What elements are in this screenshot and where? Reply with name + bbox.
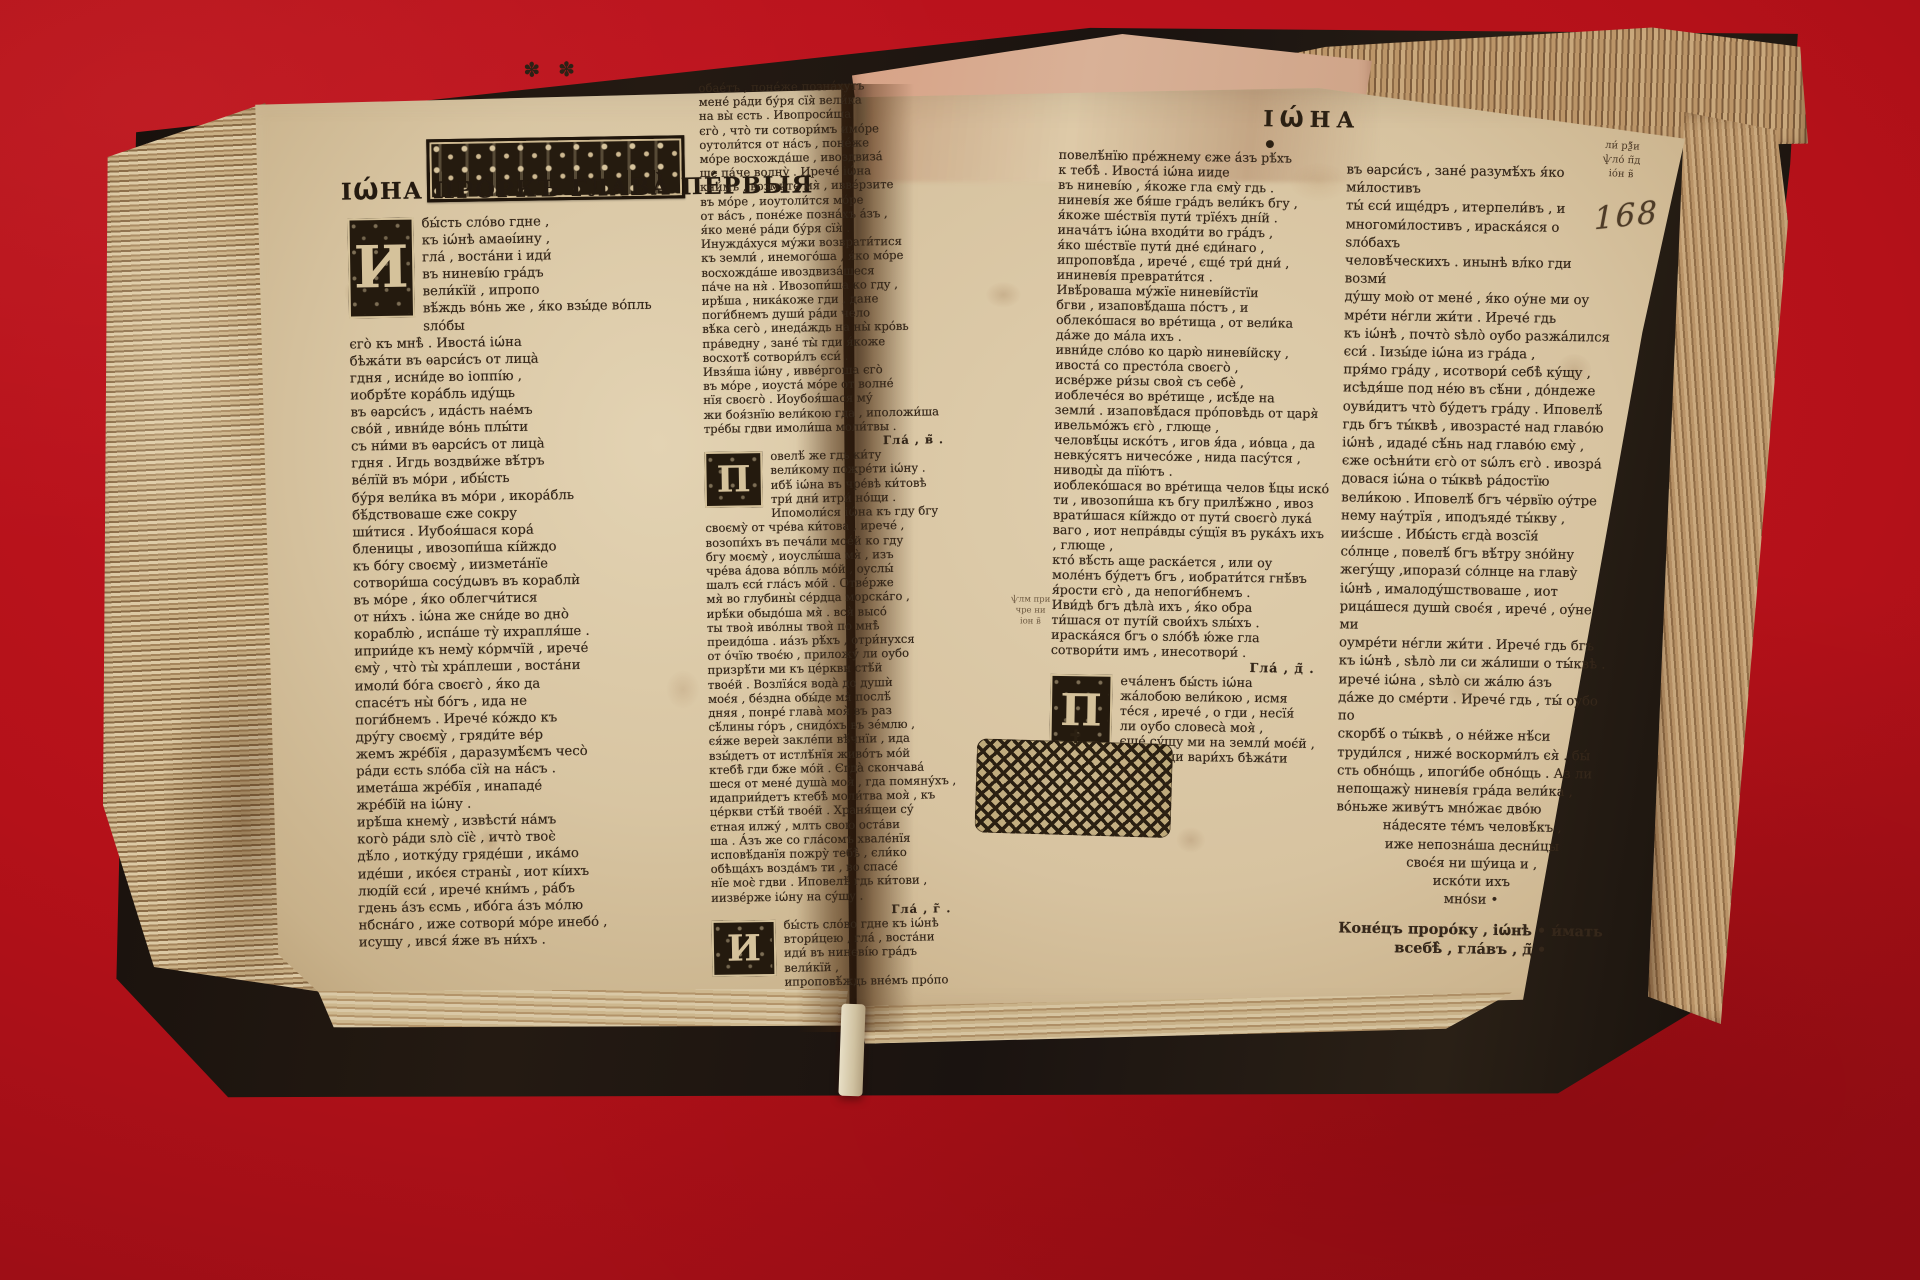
photo-open-antique-book: ✽✽ ІѠ́НА ПРО́РКЪ ГЛАВА̀ ПЕ́РВЫЯ Ибы́сть …	[0, 0, 1920, 1280]
bookmark-ribbon	[838, 1004, 865, 1097]
drop-cap-chapter4: П	[1049, 674, 1112, 748]
book-colophon: Коне́цъ проро́ку , іѡ́нѣ • и́мать всебѣ̀…	[1334, 920, 1607, 961]
printed-margin-notes: ли́ рѯ̃и ѱло́ п̃д іо́н в̃	[1586, 138, 1658, 183]
chapter2-block: Повелѣ́ же гдь ки́ту вели́кому пожре́ти …	[704, 446, 965, 904]
chapter1-text-continued: обае́тъ , поне́же позна́хутъ мене́ ра́ди…	[698, 78, 939, 435]
left-column-2: обае́тъ , поне́же позна́хутъ мене́ ра́ди…	[698, 77, 966, 990]
drop-cap-chapter3: И	[712, 920, 777, 977]
fleuron-ornament-icon: ✽✽	[493, 56, 623, 82]
cross-finial-icon	[1070, 729, 1080, 743]
right-column-1: повелѣ́нїю пре́жнему єже а́зъ рѣ́хъ к те…	[1049, 147, 1337, 766]
tapered-ending: на́десяте те́мъ человѣ́къ , иже непозна́…	[1335, 817, 1608, 912]
left-column-1: Ибы́сть сло́во гдне , къ іѡ́нѣ амаѳі́ину…	[347, 211, 695, 951]
drop-cap-chapter1: И	[347, 218, 415, 319]
tailpiece-knotwork-ornament	[974, 738, 1173, 838]
right-column-2: въ ѳарси́съ , зане́ разумѣ́хъ я́ко ми́ло…	[1334, 161, 1618, 960]
chapter2-opening-lines: овелѣ́ же гдь ки́ту вели́кому пожре́ти і…	[770, 447, 926, 505]
chapter1-text: я́ко взы́де во́пль ѕло́бы єго̀ къ мнѣ̀ .…	[349, 298, 651, 950]
gutter-margin-notes: ѱлм при чре ни іон в̃	[1007, 594, 1054, 628]
folio-number-handwritten: 168	[1594, 194, 1659, 237]
chapter3-block: Ибы́сть сло́во гдне къ іѡ́нѣ втори́цею ,…	[712, 915, 967, 990]
chapter4-text-continued: въ ѳарси́съ , зане́ разумѣ́хъ я́ко ми́ло…	[1336, 162, 1610, 817]
drop-cap-chapter2: П	[704, 451, 763, 508]
chapter3-text-continued: повелѣ́нїю пре́жнему єже а́зъ рѣ́хъ к те…	[1051, 147, 1329, 660]
chapter3-opening-lines: бы́сть сло́во гдне къ іѡ́нѣ втори́цею , …	[784, 915, 949, 988]
chapter1-opening-lines: бы́сть сло́во гдне , къ іѡ́нѣ амаѳі́ину …	[421, 214, 551, 316]
chapter2-text: Ипомоли́ся іѡ́на къ гду бгу своєму̀ от ч…	[705, 503, 956, 904]
chapter4-opening-lines: еча́ленъ бы́сть іѡ́на жа́лобою вели́кою …	[1119, 673, 1294, 750]
